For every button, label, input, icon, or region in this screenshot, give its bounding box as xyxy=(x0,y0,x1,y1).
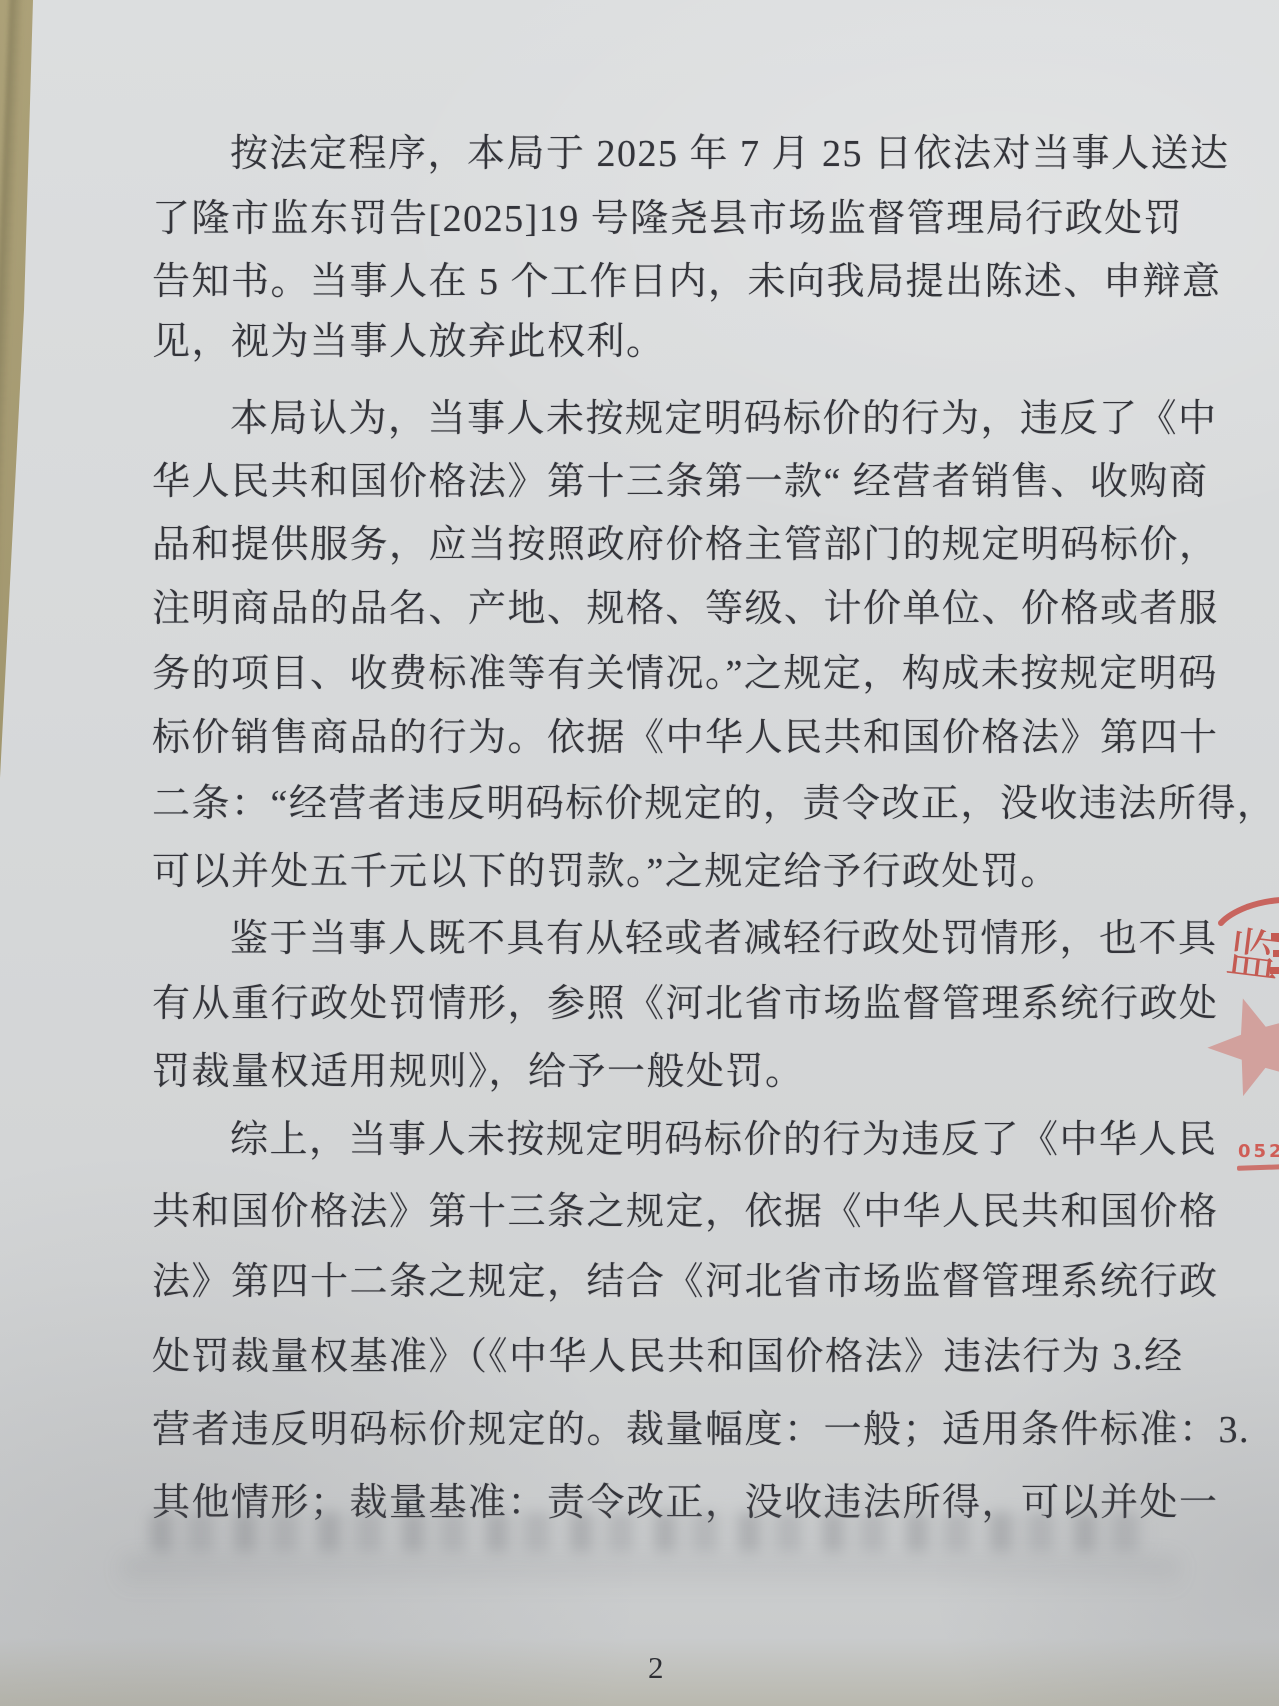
text-line: 共和国价格法》第十三条之规定，依据《中华人民共和国价格 xyxy=(152,1180,1142,1226)
text-line: 本局认为，当事人未按规定明码标价的行为，违反了《中 xyxy=(230,387,1220,433)
text-line: 告知书。当事人在 5 个工作日内，未向我局提出陈述、申辩意 xyxy=(152,250,1142,296)
text-line: 见，视为当事人放弃此权利。 xyxy=(152,310,1142,356)
text-line: 罚裁量权适用规则》，给予一般处罚。 xyxy=(152,1040,1142,1086)
text-line: 务的项目、收费标准等有关情况。”之规定，构成未按规定明码 xyxy=(152,642,1142,688)
text-line: 品和提供服务，应当按照政府价格主管部门的规定明码标价， xyxy=(152,513,1142,559)
text-line: 注明商品的品名、产地、规格、等级、计价单位、价格或者服 xyxy=(152,577,1142,623)
text-line: 标价销售商品的行为。依据《中华人民共和国价格法》第四十 xyxy=(152,706,1142,752)
star-icon xyxy=(1196,983,1279,1102)
page-number: 2 xyxy=(648,1650,664,1686)
photographed-document: { "document": { "lines": [ "按法定程序，本局于 20… xyxy=(0,0,1279,1706)
text-line: 华人民共和国价格法》第十三条第一款“ 经营者销售、收购商 xyxy=(152,450,1142,496)
text-line: 营者违反明码标价规定的。裁量幅度：一般；适用条件标准：3. xyxy=(152,1398,1142,1444)
seal-character: 监 xyxy=(1223,923,1279,989)
text-line: 鉴于当事人既不具有从轻或者减轻行政处罚情形，也不具 xyxy=(230,907,1220,953)
text-line: 有从重行政处罚情形，参照《河北省市场监督管理系统行政处 xyxy=(152,972,1142,1018)
text-line: 二条：“经营者违反明码标价规定的，责令改正，没收违法所得， xyxy=(152,772,1142,818)
seal-arc xyxy=(1221,900,1279,923)
ink-bleedthrough-shadow xyxy=(120,1556,1180,1592)
red-seal-fragment: 监 xyxy=(1109,855,1279,1185)
text-line: 了隆市监东罚告[2025]19 号隆尧县市场监督管理局行政处罚 xyxy=(152,187,1142,233)
seal-serial-number: 0525 xyxy=(1238,1141,1279,1162)
text-line: 按法定程序，本局于 2025 年 7 月 25 日依法对当事人送达 xyxy=(230,122,1220,168)
text-line: 综上，当事人未按规定明码标价的行为违反了《中华人民 xyxy=(230,1108,1220,1154)
text-line: 法》第四十二条之规定，结合《河北省市场监督管理系统行政 xyxy=(152,1250,1142,1296)
text-line: 可以并处五千元以下的罚款。”之规定给予行政处罚。 xyxy=(152,840,1142,886)
text-line: 处罚裁量权基准》（《中华人民共和国价格法》违法行为 3.经 xyxy=(152,1325,1142,1371)
text-line: 其他情形；裁量基准：责令改正，没收违法所得，可以并处一 xyxy=(152,1471,1142,1517)
ink-bleedthrough-band xyxy=(150,1512,1150,1552)
